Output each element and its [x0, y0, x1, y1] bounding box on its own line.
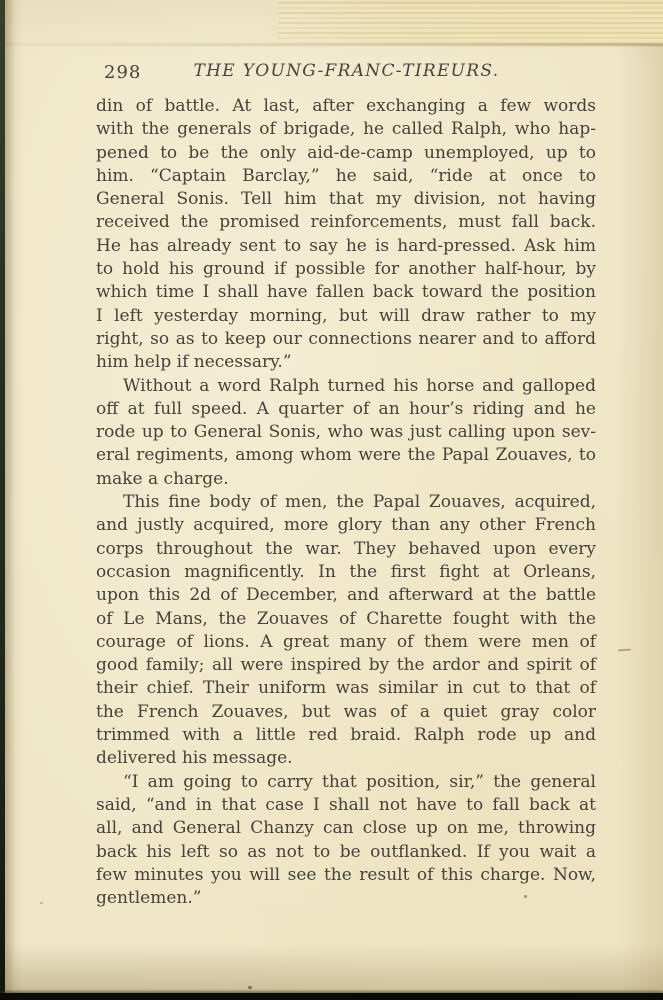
- text-line: corps throughout the war. They behaved u…: [96, 538, 596, 561]
- text-line: which time I shall have fallen back towa…: [96, 281, 596, 304]
- text-line: rode up to General Sonis, who was just c…: [96, 421, 596, 444]
- text-line: courage of lions. A great many of them w…: [96, 631, 596, 654]
- text-line: “I am going to carry that position, sir,…: [96, 771, 596, 794]
- ink-speck: [524, 895, 527, 898]
- text-line: of Le Mans, the Zouaves of Charette foug…: [96, 608, 596, 631]
- text-line: with the generals of brigade, he called …: [96, 118, 596, 141]
- text-line: He has already sent to say he is hard-pr…: [96, 235, 596, 258]
- paragraph: “I am going to carry that position, sir,…: [96, 771, 596, 911]
- paragraph: This fine body of men, the Papal Zouaves…: [96, 491, 596, 771]
- text-line: back his left so as not to be outflanked…: [96, 841, 596, 864]
- text-line: the French Zouaves, but was of a quiet g…: [96, 701, 596, 724]
- text-line: him. “Captain Barclay,” he said, “ride a…: [96, 165, 596, 188]
- text-line: upon this 2d of December, and afterward …: [96, 584, 596, 607]
- text-line: eral regiments, among whom were the Papa…: [96, 444, 596, 467]
- text-line: make a charge.: [96, 468, 596, 491]
- text-block: din of battle. At last, after exchanging…: [96, 95, 596, 910]
- text-line: Without a word Ralph turned his horse an…: [96, 375, 596, 398]
- bottom-scan-edge: [0, 993, 663, 1000]
- text-line: General Sonis. Tell him that my division…: [96, 188, 596, 211]
- ink-speck: [40, 902, 43, 904]
- running-header: 298 THE YOUNG-FRANC-TIREURS.: [97, 60, 596, 84]
- text-line: right, so as to keep our connections nea…: [96, 328, 596, 351]
- ink-speck: [248, 986, 252, 989]
- text-line: gentlemen.”: [96, 887, 596, 910]
- text-line: I left yesterday morning, but will draw …: [96, 305, 596, 328]
- page-edge-striations: [278, 2, 663, 42]
- text-line: pened to be the only aid-de-camp unemplo…: [96, 142, 596, 165]
- spine-shadow: [5, 0, 15, 993]
- text-line: good family; all were inspired by the ar…: [96, 654, 596, 677]
- text-line: and justly acquired, more glory than any…: [96, 514, 596, 537]
- text-line: all, and General Chanzy can close up on …: [96, 817, 596, 840]
- text-line: said, “and in that case I shall not have…: [96, 794, 596, 817]
- scanned-book-page: 298 THE YOUNG-FRANC-TIREURS. din of batt…: [0, 0, 663, 1000]
- text-line: to hold his ground if possible for anoth…: [96, 258, 596, 281]
- text-line: delivered his message.: [96, 747, 596, 770]
- text-line: received the promised reinforcements, mu…: [96, 211, 596, 234]
- text-line: their chief. Their uniform was similar i…: [96, 677, 596, 700]
- text-line: him help if necessary.”: [96, 351, 596, 374]
- paragraph: din of battle. At last, after exchanging…: [96, 95, 596, 375]
- text-line: few minutes you will see the result of t…: [96, 864, 596, 887]
- text-line: off at full speed. A quarter of an hour’…: [96, 398, 596, 421]
- text-line: trimmed with a little red braid. Ralph r…: [96, 724, 596, 747]
- running-title: THE YOUNG-FRANC-TIREURS.: [97, 61, 596, 81]
- text-line: occasion magnificently. In the first fig…: [96, 561, 596, 584]
- paragraph: Without a word Ralph turned his horse an…: [96, 375, 596, 491]
- text-line: din of battle. At last, after exchanging…: [96, 95, 596, 118]
- top-edge-shadow: [4, 43, 663, 46]
- text-line: This fine body of men, the Papal Zouaves…: [96, 491, 596, 514]
